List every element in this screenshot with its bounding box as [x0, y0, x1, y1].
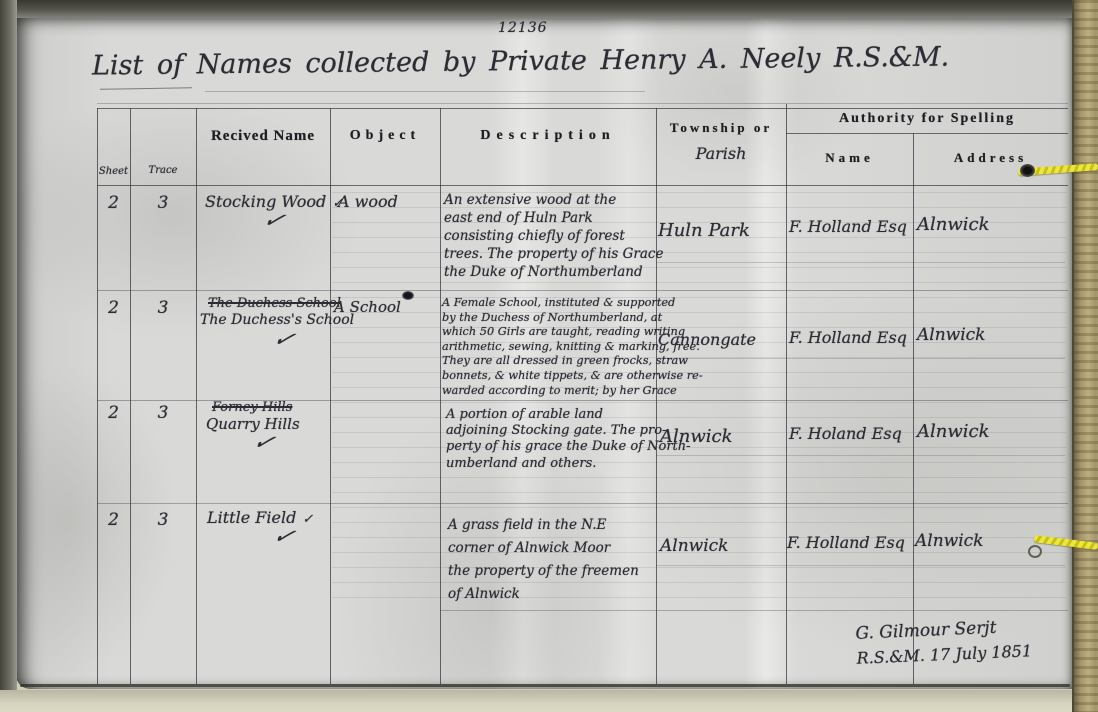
cell-description: A portion of arable land adjoining Stock… — [446, 407, 691, 472]
column-header-authority-name: Name — [786, 150, 913, 166]
column-header-parish: Parish — [656, 144, 786, 163]
page-title: List of Names collected by Private Henry… — [92, 42, 949, 82]
column-header-authority-address: Address — [913, 150, 1068, 166]
catalog-number: 12136 — [498, 20, 548, 36]
description-line: adjoining Stocking gate. The pro- — [446, 423, 691, 439]
table-line — [97, 290, 1068, 291]
column-header-sheet: Sheet — [97, 166, 130, 177]
surveyor-signature: G. Gilmour Serjt R.S.&M. 17 July 1851 — [855, 616, 1032, 668]
cell-trace: 3 — [130, 193, 196, 213]
description-line: the property of the freemen — [448, 560, 639, 583]
cell-sheet: 2 — [97, 298, 130, 318]
table-line — [440, 610, 1068, 611]
table-line — [97, 185, 1068, 186]
cell-authority-name: F. Holand Esq — [789, 424, 902, 443]
table-line — [786, 133, 1068, 134]
entry-rule — [656, 358, 1065, 359]
cell-object: A wood — [338, 192, 398, 211]
cell-sheet: 2 — [97, 193, 130, 213]
cell-description: A grass field in the N.E corner of Alnwi… — [448, 514, 639, 606]
cell-authority-address: Alnwick — [917, 214, 990, 235]
page-bottom-edge — [20, 684, 1070, 687]
checkmark-icon: ✓ — [269, 324, 300, 354]
cell-received-name: The Duchess's School — [200, 312, 354, 328]
column-header-authority: Authority for Spelling — [786, 111, 1068, 127]
cell-received-name-struck: The Duchess School — [208, 296, 341, 311]
column-header-township: Township or — [656, 120, 786, 136]
cell-sheet: 2 — [97, 403, 130, 423]
cell-township: Alnwick — [660, 536, 728, 556]
table-line — [97, 103, 1068, 104]
description-line: warded according to merit; by her Grace — [442, 384, 703, 399]
description-line: corner of Alnwick Moor — [448, 537, 639, 560]
ink-blot — [402, 291, 414, 300]
cell-authority-name: F. Holland Esq — [789, 217, 907, 236]
page-content: 12136 List of Names collected by Private… — [0, 0, 1098, 712]
column-header-object: Object — [330, 128, 440, 144]
description-line: perty of his grace the Duke of North- — [446, 439, 691, 455]
cell-township: Alnwick — [660, 426, 733, 447]
table-line — [786, 104, 787, 684]
column-header-received-name: Recived Name — [196, 128, 330, 145]
cell-received-name-struck: Forney Hills — [212, 400, 292, 415]
cell-authority-address: Alnwick — [915, 531, 983, 551]
cell-township: Cannongate — [658, 330, 756, 349]
checkmark-icon: ✓ — [302, 512, 313, 527]
table-line — [440, 108, 441, 684]
cell-authority-name: F. Holland Esq — [787, 533, 905, 552]
column-header-description: Description — [440, 128, 656, 144]
binding-thread-curl — [1028, 545, 1042, 558]
table-line — [196, 108, 197, 684]
cell-trace: 3 — [130, 510, 196, 530]
cell-authority-address: Alnwick — [917, 325, 985, 345]
cell-township: Huln Park — [658, 220, 750, 241]
binding-hole-top — [1020, 164, 1035, 177]
description-line: by the Duchess of Northumberland, at — [442, 311, 703, 326]
table-line — [913, 133, 914, 684]
received-name-text: Stocking Wood — [205, 192, 326, 211]
title-underline — [100, 87, 192, 90]
description-line: east end of Huln Park — [444, 209, 663, 227]
description-line: trees. The property of his Grace — [444, 245, 663, 263]
title-underline — [205, 91, 645, 92]
table-line — [97, 108, 1068, 109]
cell-authority-address: Alnwick — [917, 421, 990, 442]
description-line: A portion of arable land — [446, 407, 691, 423]
table-line — [97, 503, 1068, 504]
cell-trace: 3 — [130, 403, 196, 423]
description-line: A Female School, instituted & supported — [442, 296, 703, 311]
description-line: A grass field in the N.E — [448, 514, 639, 537]
cell-authority-name: F. Holland Esq — [789, 328, 907, 347]
column-header-trace: Trace — [130, 165, 196, 176]
signature-date: R.S.&M. 17 July 1851 — [856, 641, 1032, 668]
entry-rule — [656, 455, 1065, 456]
description-line: They are all dressed in green frocks, st… — [442, 354, 703, 369]
cell-received-name: Quarry Hills — [206, 415, 300, 433]
cell-description: An extensive wood at the east end of Hul… — [444, 191, 663, 281]
description-line: of Alnwick — [448, 583, 639, 606]
cell-sheet: 2 — [97, 510, 130, 530]
description-line: bonnets, & white tippets, & are otherwis… — [442, 369, 703, 384]
entry-rule — [656, 565, 1065, 566]
description-line: the Duke of Northumberland — [444, 263, 663, 281]
cell-trace: 3 — [130, 298, 196, 318]
signature-name: G. Gilmour Serjt — [855, 616, 1031, 644]
description-line: consisting chiefly of forest — [444, 227, 663, 245]
entry-rule — [656, 262, 1065, 263]
scanned-document: 12136 List of Names collected by Private… — [0, 0, 1098, 712]
description-line: An extensive wood at the — [444, 191, 663, 209]
description-line: umberland and others. — [446, 456, 691, 472]
cell-object: A School — [334, 298, 401, 316]
